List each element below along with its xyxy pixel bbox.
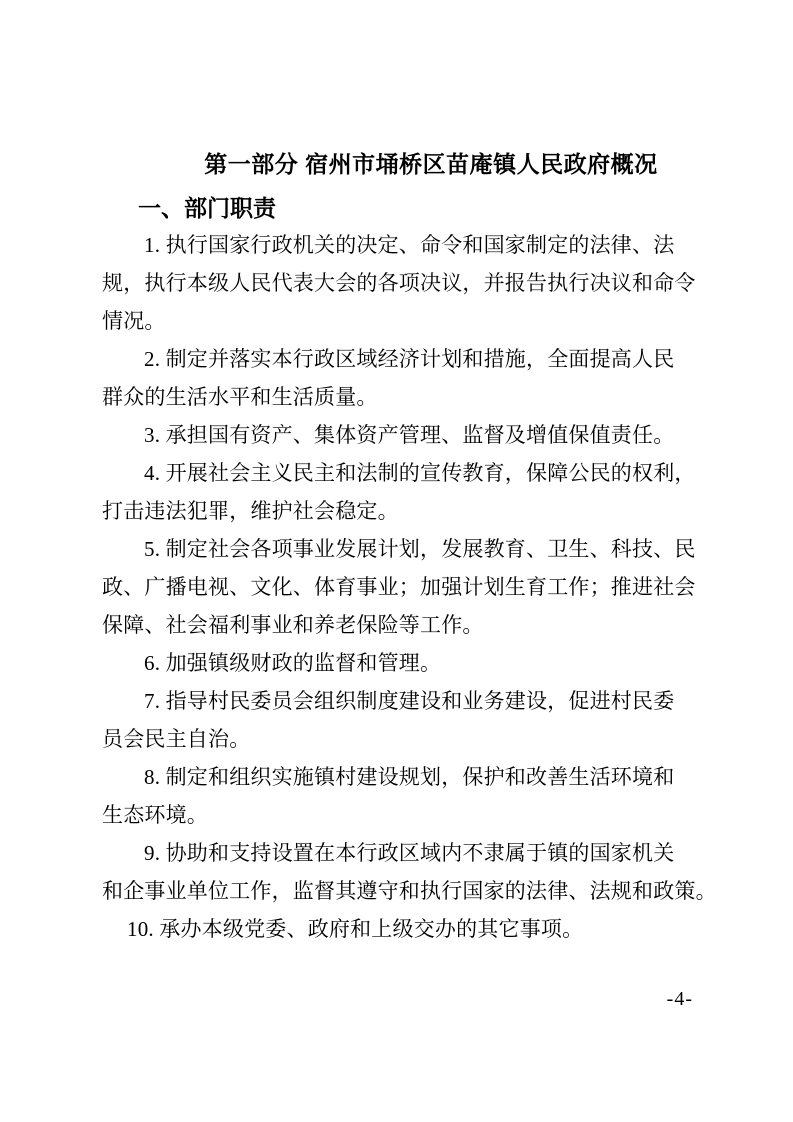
duty-paragraph: 5. 制定社会各项事业发展计划，发展教育、卫生、科技、民政、广播电视、文化、体育…	[102, 530, 692, 644]
page-number: -4-	[667, 988, 693, 1010]
text-line: 员会民主自治。	[102, 720, 692, 758]
text-line: 2. 制定并落实本行政区域经济计划和措施，全面提高人民	[102, 340, 692, 378]
duty-paragraph: 9. 协助和支持设置在本行政区域内不隶属于镇的国家机关和企事业单位工作，监督其遵…	[102, 834, 692, 910]
text-line: 1. 执行国家行政机关的决定、命令和国家制定的法律、法	[102, 226, 692, 264]
duty-paragraph: 4. 开展社会主义民主和法制的宣传教育，保障公民的权利，打击违法犯罪，维护社会稳…	[102, 454, 692, 530]
text-line: 情况。	[102, 302, 692, 340]
text-line: 生态环境。	[102, 796, 692, 834]
duty-paragraph: 3. 承担国有资产、集体资产管理、监督及增值保值责任。	[102, 416, 692, 454]
text-line: 打击违法犯罪，维护社会稳定。	[102, 492, 692, 530]
text-line: 保障、社会福利事业和养老保险等工作。	[102, 606, 692, 644]
text-line: 群众的生活水平和生活质量。	[102, 378, 692, 416]
duty-paragraph: 1. 执行国家行政机关的决定、命令和国家制定的法律、法规，执行本级人民代表大会的…	[102, 226, 692, 340]
text-line: 3. 承担国有资产、集体资产管理、监督及增值保值责任。	[102, 416, 692, 454]
document-title: 第一部分 宿州市埇桥区苗庵镇人民政府概况	[136, 148, 726, 180]
text-line: 8. 制定和组织实施镇村建设规划，保护和改善生活环境和	[102, 758, 692, 796]
document-page: 第一部分 宿州市埇桥区苗庵镇人民政府概况 一、部门职责 1. 执行国家行政机关的…	[0, 0, 793, 1122]
section-heading: 一、部门职责	[102, 192, 692, 224]
text-line: 和企事业单位工作，监督其遵守和执行国家的法律、法规和政策。	[102, 872, 692, 910]
duty-paragraph: 10. 承办本级党委、政府和上级交办的其它事项。	[102, 910, 692, 948]
text-line: 政、广播电视、文化、体育事业；加强计划生育工作；推进社会	[102, 568, 692, 606]
duty-paragraph: 2. 制定并落实本行政区域经济计划和措施，全面提高人民群众的生活水平和生活质量。	[102, 340, 692, 416]
paragraph-list: 1. 执行国家行政机关的决定、命令和国家制定的法律、法规，执行本级人民代表大会的…	[102, 226, 692, 948]
duty-paragraph: 7. 指导村民委员会组织制度建设和业务建设，促进村民委员会民主自治。	[102, 682, 692, 758]
text-line: 10. 承办本级党委、政府和上级交办的其它事项。	[102, 910, 692, 948]
text-line: 4. 开展社会主义民主和法制的宣传教育，保障公民的权利，	[102, 454, 692, 492]
text-line: 5. 制定社会各项事业发展计划，发展教育、卫生、科技、民	[102, 530, 692, 568]
text-line: 6. 加强镇级财政的监督和管理。	[102, 644, 692, 682]
text-line: 9. 协助和支持设置在本行政区域内不隶属于镇的国家机关	[102, 834, 692, 872]
text-line: 规，执行本级人民代表大会的各项决议，并报告执行决议和命令	[102, 264, 692, 302]
duty-paragraph: 6. 加强镇级财政的监督和管理。	[102, 644, 692, 682]
duty-paragraph: 8. 制定和组织实施镇村建设规划，保护和改善生活环境和生态环境。	[102, 758, 692, 834]
text-line: 7. 指导村民委员会组织制度建设和业务建设，促进村民委	[102, 682, 692, 720]
